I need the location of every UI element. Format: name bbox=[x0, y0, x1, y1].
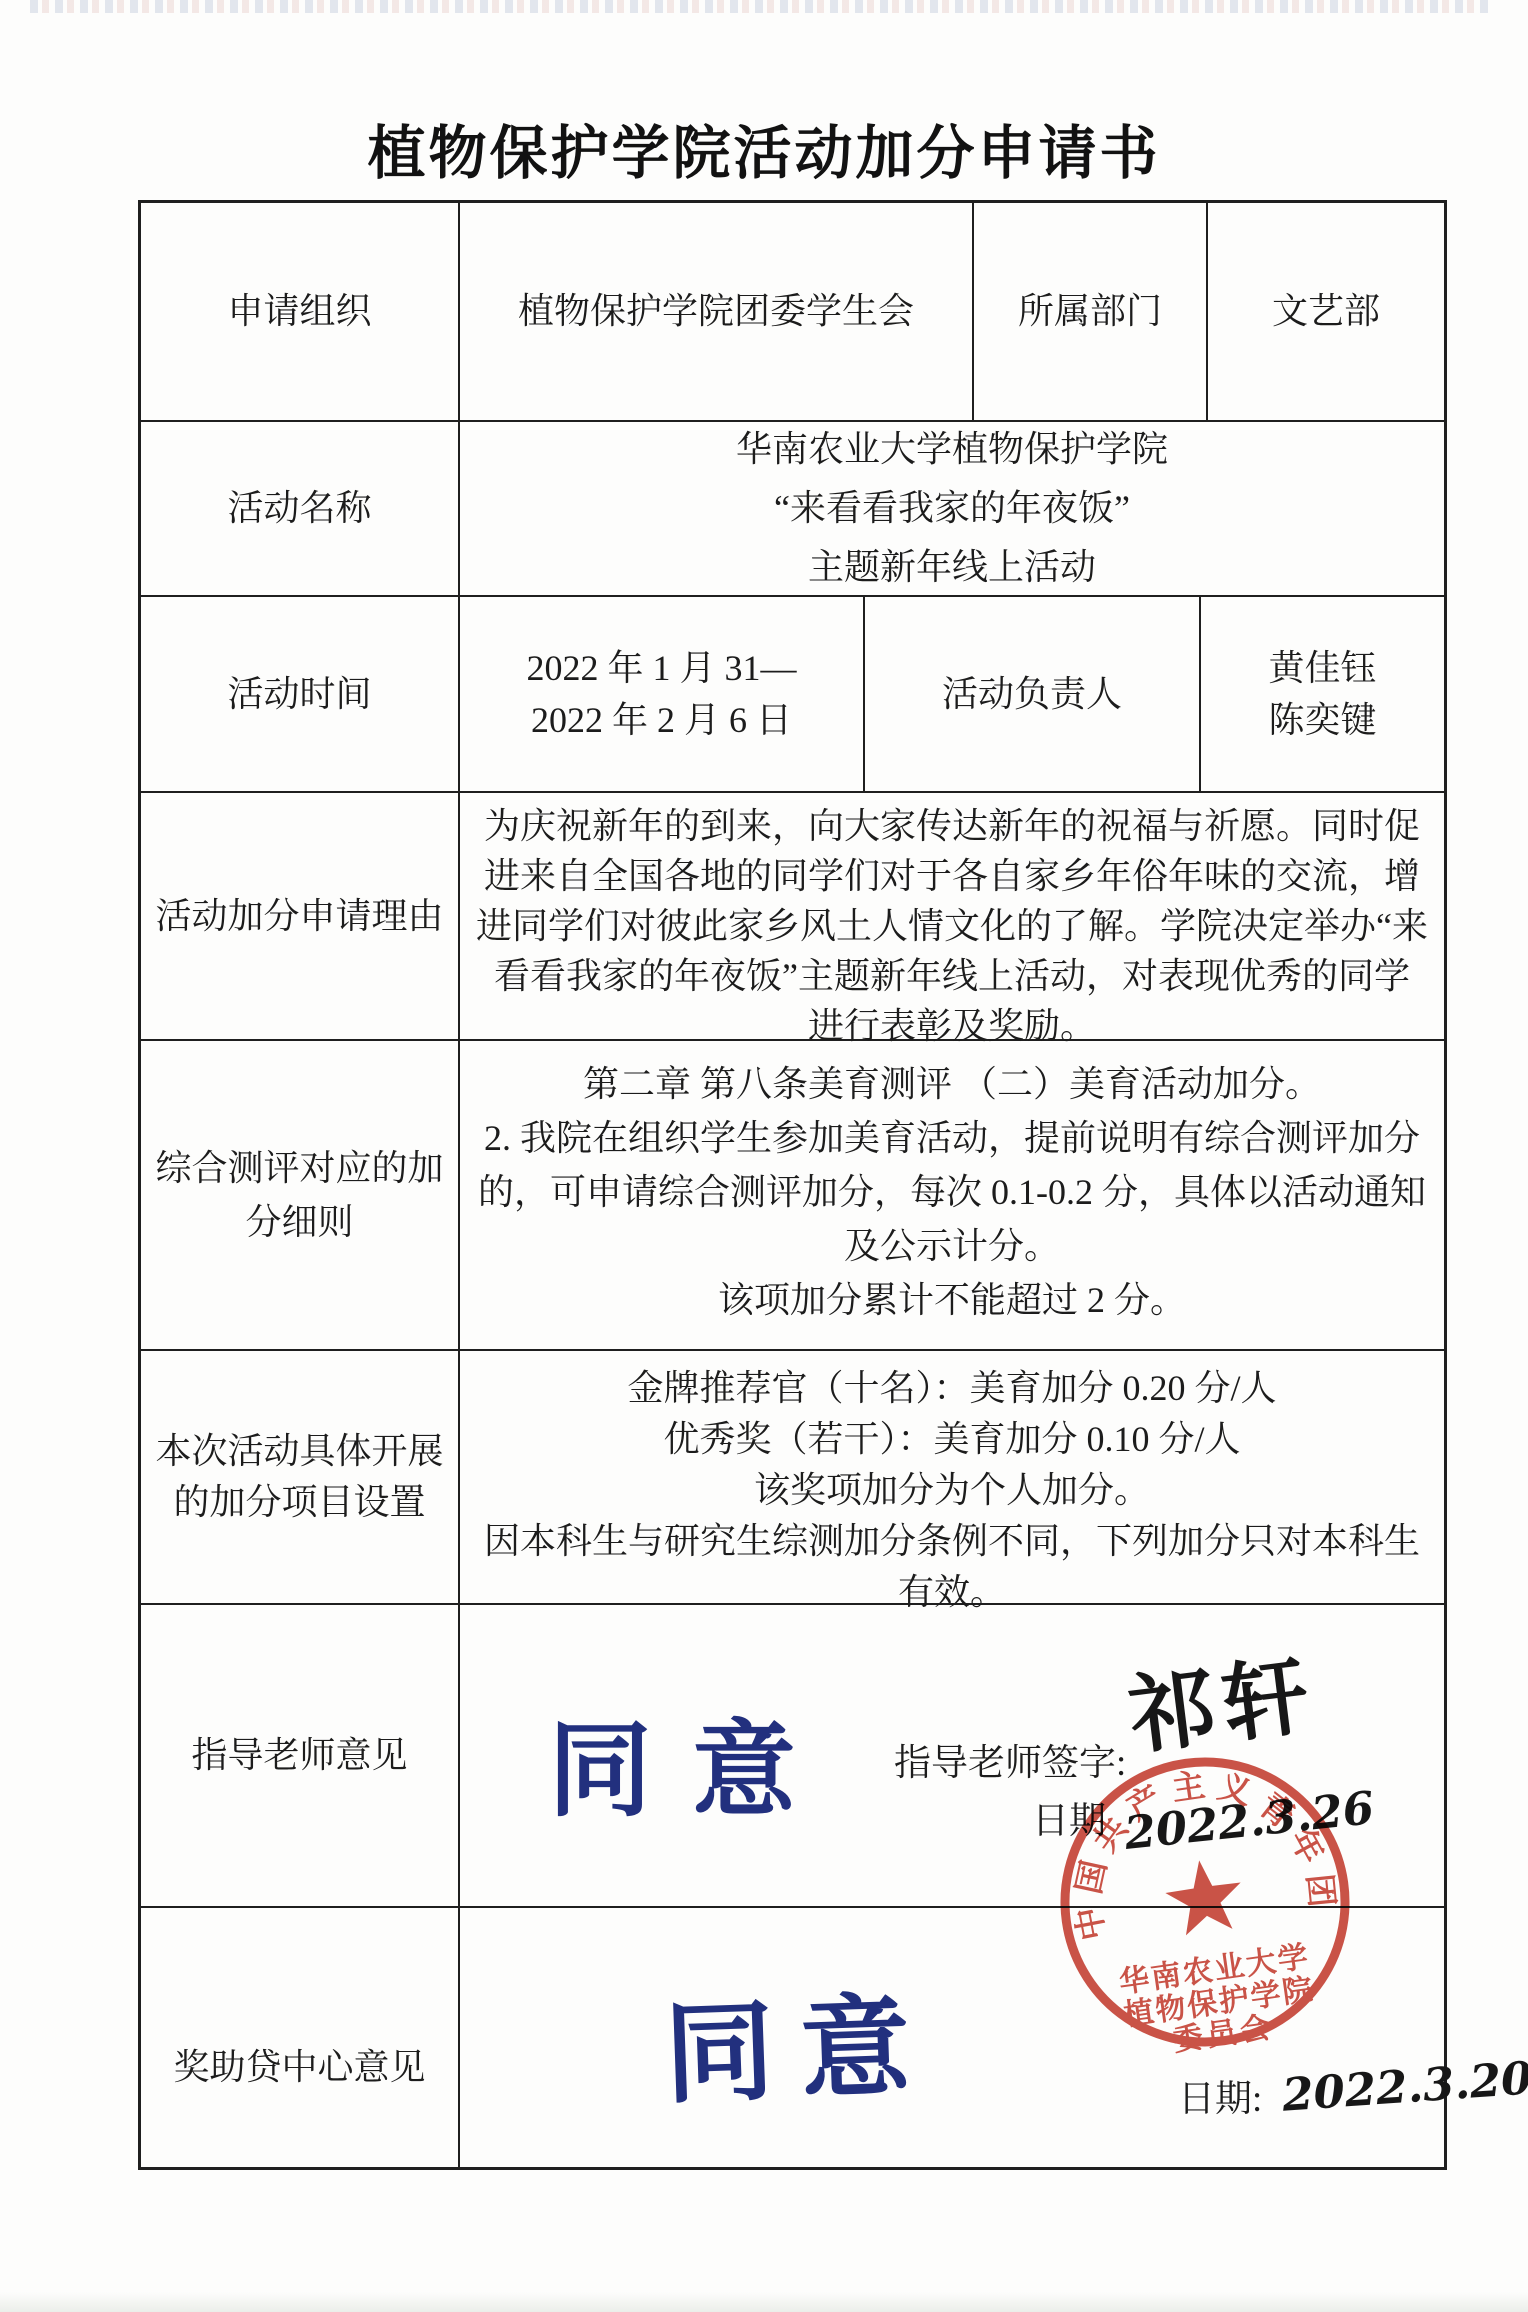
activity-name-line: 主题新年线上活动 bbox=[808, 538, 1096, 597]
leader-name: 陈奕键 bbox=[1268, 694, 1376, 746]
value-department: 文艺部 bbox=[1208, 203, 1444, 420]
value-application-reason: 为庆祝新年的到来，向大家传达新年的祝福与祈愿。同时促 进来自全国各地的同学们对于… bbox=[460, 793, 1444, 1039]
rules-line: 及公示计分。 bbox=[466, 1219, 1438, 1273]
label-department: 所属部门 bbox=[974, 203, 1208, 420]
value-activity-name: 华南农业大学植物保护学院 “来看看我家的年夜饭” 主题新年线上活动 bbox=[460, 422, 1444, 595]
row-applying-organization: 申请组织 植物保护学院团委学生会 所属部门 文艺部 bbox=[141, 203, 1444, 422]
reason-line: 为庆祝新年的到来，向大家传达新年的祝福与祈愿。同时促 bbox=[466, 801, 1438, 851]
label-teacher-opinion: 指导老师意见 bbox=[141, 1605, 460, 1906]
label-activity-time: 活动时间 bbox=[141, 597, 460, 791]
label-activity-name: 活动名称 bbox=[141, 422, 460, 595]
row-activity-time: 活动时间 2022 年 1 月 31— 2022 年 2 月 6 日 活动负责人… bbox=[141, 597, 1444, 793]
reason-line: 进同学们对彼此家乡风土人情文化的了解。学院决定举办“来 bbox=[466, 901, 1438, 951]
activity-name-line: “来看看我家的年夜饭” bbox=[774, 479, 1130, 538]
label-evaluation-rules: 综合测评对应的加 分细则 bbox=[141, 1041, 460, 1349]
label-line: 本次活动具体开展 bbox=[155, 1426, 443, 1477]
activity-time-line: 2022 年 1 月 31— bbox=[526, 642, 796, 694]
value-applying-organization: 植物保护学院团委学生会 bbox=[460, 203, 974, 420]
rules-line: 的，可申请综合测评加分，每次 0.1-0.2 分，具体以活动通知 bbox=[466, 1165, 1438, 1219]
rules-line: 第二章 第八条美育测评 （二）美育活动加分。 bbox=[466, 1057, 1438, 1111]
row-application-reason: 活动加分申请理由 为庆祝新年的到来，向大家传达新年的祝福与祈愿。同时促 进来自全… bbox=[141, 793, 1444, 1041]
label-line: 分细则 bbox=[245, 1195, 353, 1249]
reason-line: 看看我家的年夜饭”主题新年线上活动，对表现优秀的同学 bbox=[466, 951, 1438, 1001]
row-bonus-setup: 本次活动具体开展 的加分项目设置 金牌推荐官（十名）：美育加分 0.20 分/人… bbox=[141, 1351, 1444, 1605]
official-stamp: 中国共产主义青年团 华南农业大学 植物保护学院 委员会 bbox=[1024, 1721, 1385, 2082]
scan-artifact-bottom bbox=[0, 2292, 1528, 2312]
label-bonus-setup: 本次活动具体开展 的加分项目设置 bbox=[141, 1351, 460, 1603]
activity-name-line: 华南农业大学植物保护学院 bbox=[736, 420, 1168, 479]
value-activity-time: 2022 年 1 月 31— 2022 年 2 月 6 日 bbox=[460, 597, 865, 791]
label-aid-center-opinion: 奖助贷中心意见 bbox=[141, 1908, 460, 2167]
leader-name: 黄佳钰 bbox=[1268, 642, 1376, 694]
stamp-star-icon bbox=[1162, 1855, 1247, 1937]
aid-center-approval-handwriting: 同意 bbox=[661, 1957, 938, 2124]
label-application-reason: 活动加分申请理由 bbox=[141, 793, 460, 1039]
bonus-line: 因本科生与研究生综测加分条例不同，下列加分只对本科生 bbox=[466, 1516, 1438, 1567]
rules-line: 2. 我院在组织学生参加美育活动，提前说明有综合测评加分 bbox=[466, 1111, 1438, 1165]
value-activity-leader: 黄佳钰 陈奕键 bbox=[1201, 597, 1444, 791]
label-activity-leader: 活动负责人 bbox=[865, 597, 1201, 791]
scan-artifact-top bbox=[30, 0, 1488, 13]
aid-center-date-label: 日期: bbox=[1178, 2068, 1262, 2122]
value-bonus-setup: 金牌推荐官（十名）：美育加分 0.20 分/人 优秀奖（若干）：美育加分 0.1… bbox=[460, 1351, 1444, 1603]
row-evaluation-rules: 综合测评对应的加 分细则 第二章 第八条美育测评 （二）美育活动加分。 2. 我… bbox=[141, 1041, 1444, 1351]
reason-line: 进来自全国各地的同学们对于各自家乡年俗年味的交流，增 bbox=[466, 851, 1438, 901]
bonus-line: 金牌推荐官（十名）：美育加分 0.20 分/人 bbox=[466, 1363, 1438, 1414]
label-applying-organization: 申请组织 bbox=[141, 203, 460, 420]
bonus-line: 该奖项加分为个人加分。 bbox=[466, 1465, 1438, 1516]
rules-line: 该项加分累计不能超过 2 分。 bbox=[466, 1273, 1438, 1327]
scanned-application-form: 植物保护学院活动加分申请书 申请组织 植物保护学院团委学生会 所属部门 文艺部 … bbox=[0, 0, 1528, 2312]
teacher-approval-handwriting: 同意 bbox=[548, 1686, 836, 1836]
label-line: 综合测评对应的加 bbox=[155, 1141, 443, 1195]
form-title: 植物保护学院活动加分申请书 bbox=[0, 106, 1528, 190]
row-activity-name: 活动名称 华南农业大学植物保护学院 “来看看我家的年夜饭” 主题新年线上活动 bbox=[141, 422, 1444, 597]
label-line: 的加分项目设置 bbox=[173, 1477, 425, 1528]
value-evaluation-rules: 第二章 第八条美育测评 （二）美育活动加分。 2. 我院在组织学生参加美育活动，… bbox=[460, 1041, 1444, 1349]
bonus-line: 优秀奖（若干）：美育加分 0.10 分/人 bbox=[466, 1414, 1438, 1465]
activity-time-line: 2022 年 2 月 6 日 bbox=[531, 694, 792, 746]
